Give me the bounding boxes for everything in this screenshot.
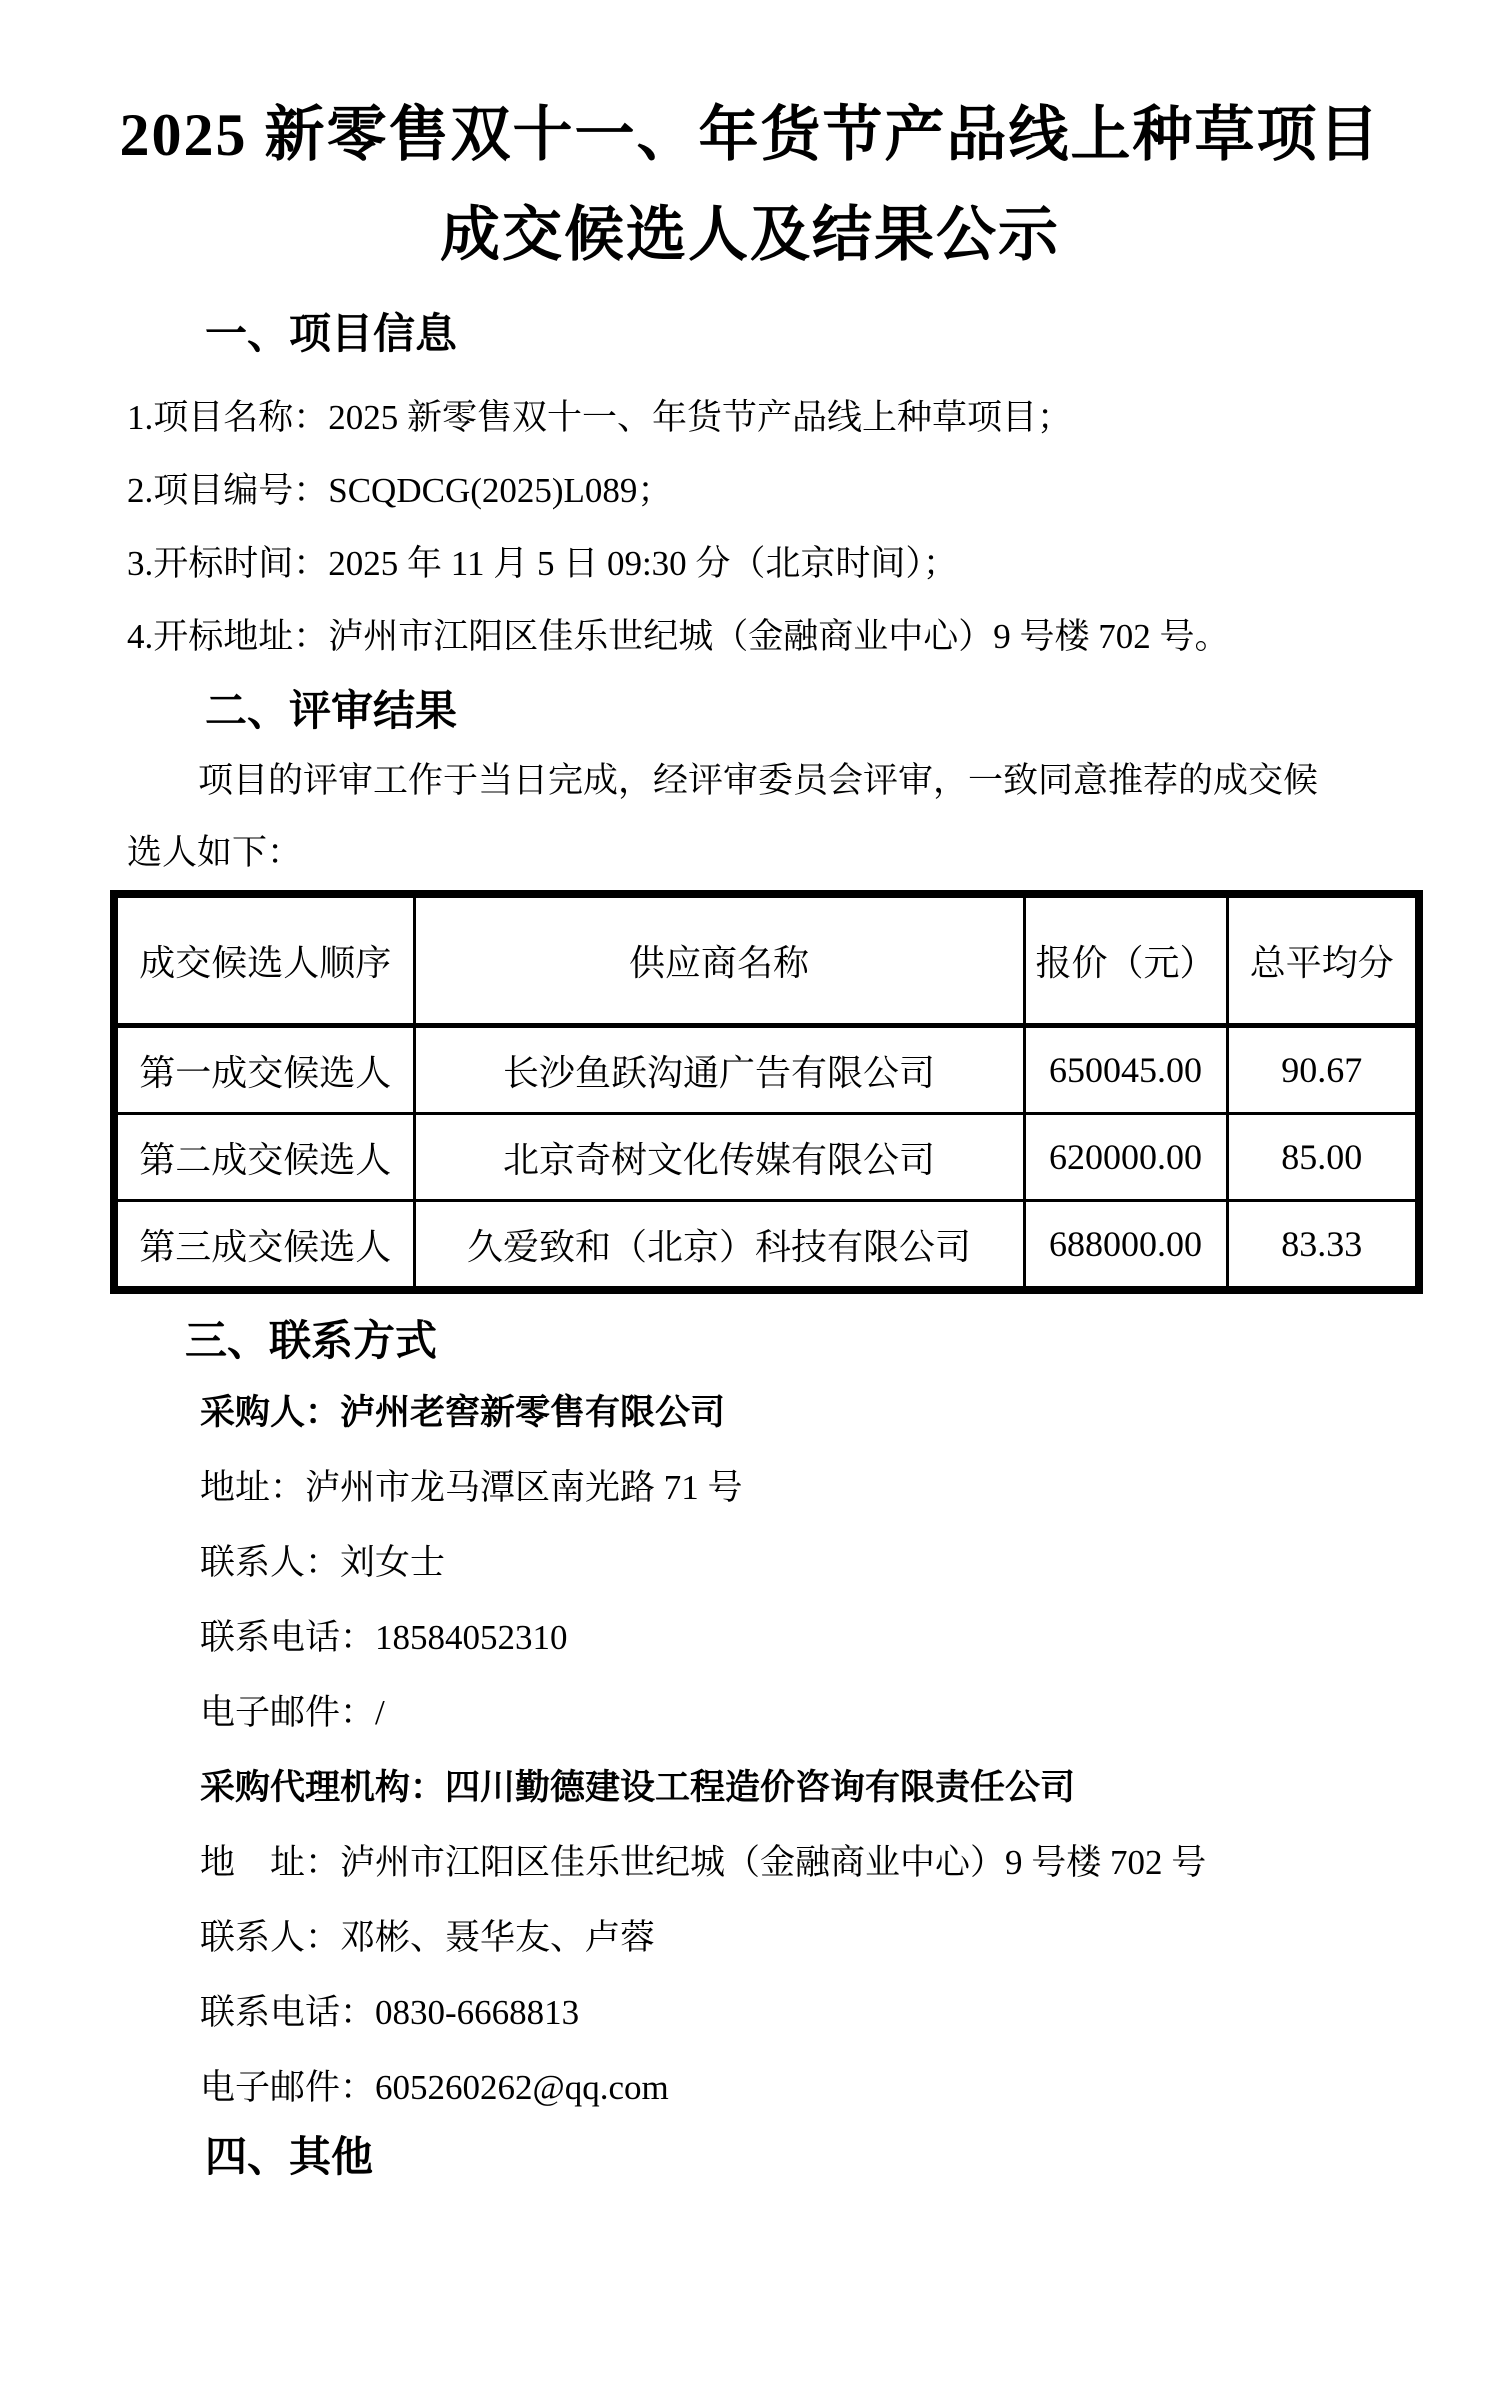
section-heading-project-info: 一、项目信息 — [205, 306, 1500, 362]
project-number-item: 2.项目编号：SCQDCG(2025)L089； — [127, 454, 1500, 527]
purchaser-contact-person-line: 联系人：刘女士 — [200, 1525, 1500, 1600]
table-row: 第二成交候选人 北京奇树文化传媒有限公司 620000.00 85.00 — [114, 1114, 1419, 1201]
purchaser-name-line: 采购人：泸州老窖新零售有限公司 — [200, 1375, 1500, 1450]
candidate-1-supplier: 长沙鱼跃沟通广告有限公司 — [414, 1026, 1024, 1114]
section-heading-review-result: 二、评审结果 — [205, 683, 1500, 739]
candidate-1-rank: 第一成交候选人 — [114, 1026, 414, 1114]
table-header-price: 报价（元） — [1024, 894, 1227, 1026]
section-heading-other: 四、其他 — [205, 2129, 1500, 2185]
table-row: 第一成交候选人 长沙鱼跃沟通广告有限公司 650045.00 90.67 — [114, 1026, 1419, 1114]
table-row: 第三成交候选人 久爱致和（北京）科技有限公司 688000.00 83.33 — [114, 1201, 1419, 1291]
candidate-3-supplier: 久爱致和（北京）科技有限公司 — [414, 1201, 1024, 1291]
purchaser-address-line: 地址：泸州市龙马潭区南光路 71 号 — [200, 1450, 1500, 1525]
section-heading-contact-info: 三、联系方式 — [185, 1313, 1500, 1369]
purchaser-phone-line: 联系电话：18584052310 — [200, 1600, 1500, 1675]
document-page: 2025 新零售双十一、年货节产品线上种草项目 成交候选人及结果公示 一、项目信… — [0, 0, 1500, 2402]
document-title: 2025 新零售双十一、年货节产品线上种草项目 成交候选人及结果公示 — [0, 85, 1500, 285]
agency-contact-person-line: 联系人：邓彬、聂华友、卢蓉 — [200, 1900, 1500, 1975]
candidate-3-price: 688000.00 — [1024, 1201, 1227, 1291]
agency-phone-line: 联系电话：0830-6668813 — [200, 1975, 1500, 2050]
table-header-score: 总平均分 — [1227, 894, 1419, 1026]
candidate-2-score: 85.00 — [1227, 1114, 1419, 1201]
agency-contact-block: 采购代理机构：四川勤德建设工程造价咨询有限责任公司 地 址：泸州市江阳区佳乐世纪… — [200, 1750, 1500, 2125]
candidate-1-score: 90.67 — [1227, 1026, 1419, 1114]
agency-name-line: 采购代理机构：四川勤德建设工程造价咨询有限责任公司 — [200, 1750, 1500, 1825]
purchaser-contact-block: 采购人：泸州老窖新零售有限公司 地址：泸州市龙马潭区南光路 71 号 联系人：刘… — [200, 1375, 1500, 1750]
document-title-line-2: 成交候选人及结果公示 — [0, 185, 1500, 285]
project-name-item: 1.项目名称：2025 新零售双十一、年货节产品线上种草项目； — [127, 381, 1500, 454]
purchaser-email-line: 电子邮件：/ — [200, 1675, 1500, 1750]
project-info-list: 1.项目名称：2025 新零售双十一、年货节产品线上种草项目； 2.项目编号：S… — [127, 381, 1500, 673]
review-result-paragraph: 项目的评审工作于当日完成，经评审委员会评审，一致同意推荐的成交候选人如下： — [127, 745, 1332, 889]
candidate-2-price: 620000.00 — [1024, 1114, 1227, 1201]
candidates-table-body: 第一成交候选人 长沙鱼跃沟通广告有限公司 650045.00 90.67 第二成… — [114, 1026, 1419, 1291]
document-title-line-1: 2025 新零售双十一、年货节产品线上种草项目 — [0, 85, 1500, 185]
candidates-table: 成交候选人顺序 供应商名称 报价（元） 总平均分 第一成交候选人 长沙鱼跃沟通广… — [110, 890, 1423, 1294]
bid-opening-time-item: 3.开标时间：2025 年 11 月 5 日 09:30 分（北京时间）； — [127, 527, 1500, 600]
table-header-row: 成交候选人顺序 供应商名称 报价（元） 总平均分 — [114, 894, 1419, 1026]
agency-email-line: 电子邮件：605260262@qq.com — [200, 2050, 1500, 2125]
candidate-2-supplier: 北京奇树文化传媒有限公司 — [414, 1114, 1024, 1201]
table-header-supplier: 供应商名称 — [414, 894, 1024, 1026]
agency-address-line: 地 址：泸州市江阳区佳乐世纪城（金融商业中心）9 号楼 702 号 — [200, 1825, 1500, 1900]
table-header-rank: 成交候选人顺序 — [114, 894, 414, 1026]
candidates-table-header: 成交候选人顺序 供应商名称 报价（元） 总平均分 — [114, 894, 1419, 1026]
bid-opening-address-item: 4.开标地址：泸州市江阳区佳乐世纪城（金融商业中心）9 号楼 702 号。 — [127, 600, 1500, 673]
candidate-3-rank: 第三成交候选人 — [114, 1201, 414, 1291]
candidate-2-rank: 第二成交候选人 — [114, 1114, 414, 1201]
candidate-1-price: 650045.00 — [1024, 1026, 1227, 1114]
candidate-3-score: 83.33 — [1227, 1201, 1419, 1291]
